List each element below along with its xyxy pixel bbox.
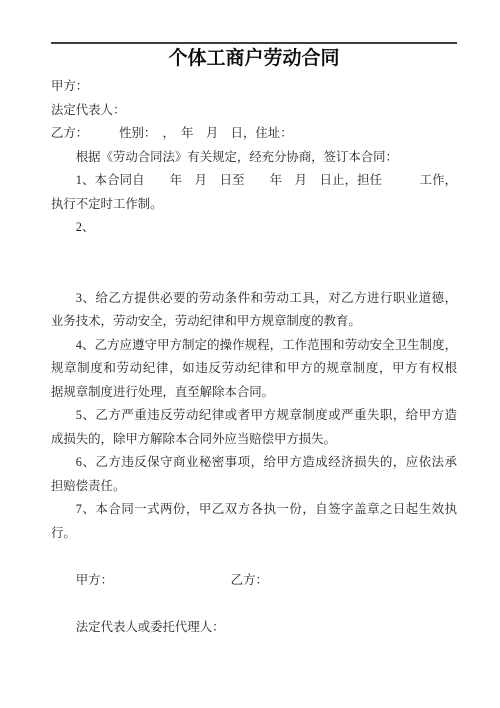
clause-5-line-2: 成损失的，除甲方解除本合同外应当赔偿甲方损失。 [51, 428, 457, 452]
contract-page: 个体工商户劳动合同 甲方：法定代表人：乙方： 性别： ， 年 月 日，住址：根据… [0, 0, 500, 708]
party-b-line: 乙方： 性别： ， 年 月 日，住址： [51, 122, 457, 146]
clause-3-line-2: 业务技术，劳动安全，劳动纪律和甲方规章制度的教育。 [51, 310, 457, 334]
clause-7-line-1: 7、本合同一式两份，甲乙双方各执一份，自签字盖章之日起生效执 [51, 498, 457, 522]
party-a-line: 甲方： [51, 75, 457, 99]
clause-6-line-1: 6、乙方违反保守商业秘密事项，给甲方造成经济损失的，应依法承 [51, 451, 457, 475]
signature-line: 甲方： 乙方： [51, 569, 457, 593]
legal-rep-line: 法定代表人： [51, 99, 457, 123]
clause-1-line-2: 执行不定时工作制。 [51, 193, 457, 217]
clause-4-line-2: 规章制度和劳动纪律，如违反劳动纪律和甲方的规章制度，甲方有权根 [51, 357, 457, 381]
clause-7-line-2: 行。 [51, 522, 457, 546]
clause-1-line-1: 1、本合同自 年 月 日至 年 月 日止，担任 工作， [51, 169, 457, 193]
clause-6-line-2: 担赔偿责任。 [51, 475, 457, 499]
clause-3-line-1: 3、给乙方提供必要的劳动条件和劳动工具，对乙方进行职业道德， [51, 287, 457, 311]
document-title: 个体工商户劳动合同 [51, 49, 457, 69]
blank-line [51, 240, 457, 264]
blank-line [51, 592, 457, 616]
clause-4-line-3: 据规章制度进行处理，直至解除本合同。 [51, 381, 457, 405]
clause-5-line-1: 5、乙方严重违反劳动纪律或者甲方规章制度或严重失职，给甲方造 [51, 404, 457, 428]
clause-4-line-1: 4、乙方应遵守甲方制定的操作规程，工作范围和劳动安全卫生制度， [51, 334, 457, 358]
blank-line [51, 263, 457, 287]
preamble-line: 根据《劳动合同法》有关规定，经充分协商，签订本合同： [51, 146, 457, 170]
agent-signature-line: 法定代表人或委托代理人： [51, 616, 457, 640]
header-rule [51, 42, 457, 44]
document-body: 甲方：法定代表人：乙方： 性别： ， 年 月 日，住址：根据《劳动合同法》有关规… [51, 75, 457, 639]
clause-2-line: 2、 [51, 216, 457, 240]
blank-line [51, 545, 457, 569]
